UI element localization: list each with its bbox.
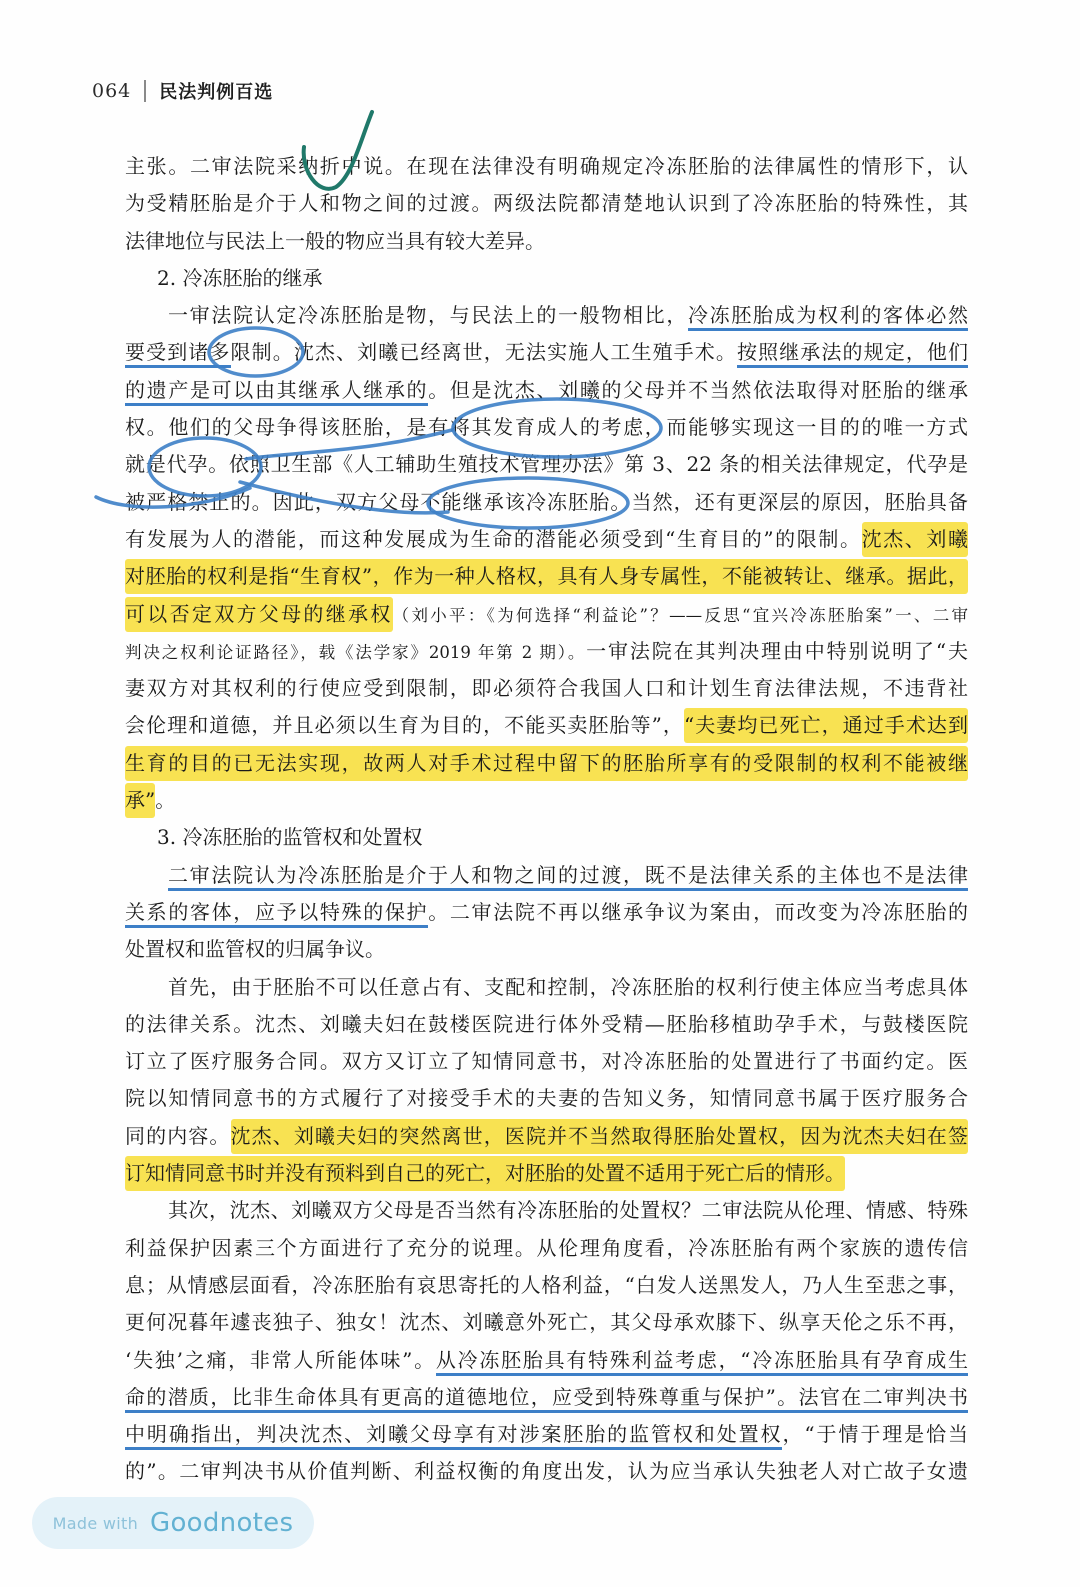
body-text: 权。他们的父母争得该胚胎，是有将其发育成人的考虑，而能够实现这一目的的唯一方式 — [125, 415, 968, 439]
book-title: 民法判例百选 — [159, 78, 273, 104]
page-number: 064 — [92, 80, 131, 102]
text-line: ‘失独’之痛，非常人所能体味”。从冷冻胚胎具有特殊利益考虑，“冷冻胚胎具有孕育成… — [125, 1342, 968, 1379]
body-text: 。 — [155, 788, 175, 812]
body-text: 。但是沈杰、刘曦的父母并不当然依法取得对胚胎的继承 — [428, 378, 968, 402]
underlined-text: 按照继承法的规定，他们 — [737, 340, 968, 368]
text-line: 会伦理和道德，并且必须以生育为目的，不能买卖胚胎等”，“夫妻均已死亡，通过手术达… — [125, 707, 968, 744]
body-text: 为受精胚胎是介于人和物之间的过渡。两级法院都清楚地认识到了冷冻胚胎的特殊性，其 — [125, 191, 968, 215]
text-line: 其次，沈杰、刘曦双方父母是否当然有冷冻胚胎的处置权？二审法院从伦理、情感、特殊 — [125, 1192, 968, 1229]
citation-text: 判决之权利论证路径》，载《法学家》2019 年第 2 期）。 — [125, 643, 586, 662]
body-text: 一审法院在其判决理由中特别说明了“夫 — [586, 639, 968, 663]
section-heading: 2. 冷冻胚胎的继承 — [125, 260, 968, 297]
book-page: 064 民法判例百选 主张。二审法院采纳折中说。在现在法律没有明确规定冷冻胚胎的… — [0, 0, 1080, 1587]
highlighted-text: 生育的目的已无法实现，故两人对手术过程中留下的胚胎所享有的受限制的权利不能被继 — [125, 746, 968, 781]
highlighted-text: 沈杰、刘曦 — [862, 522, 968, 557]
body-text: 处置权和监管权的归属争议。 — [125, 937, 385, 961]
body-text: 的法律关系。沈杰、刘曦夫妇在鼓楼医院进行体外受精—胚胎移植助孕手术，与鼓楼医院 — [125, 1012, 968, 1036]
body-text: 法律地位与民法上一般的物应当具有较大差异。 — [125, 229, 545, 253]
body-text: 。沈杰、刘曦已经离世，无法实施人工生殖手术。 — [273, 340, 737, 364]
highlighted-text: 订知情同意书时并没有预料到自己的死亡，对胚胎的处置不适用于死亡后的情形。 — [125, 1156, 845, 1191]
text-line: 关系的客体，应予以特殊的保护。二审法院不再以继承争议为案由，而改变为冷冻胚胎的 — [125, 894, 968, 931]
text-line: 被严格禁止的。因此，双方父母不能继承该冷冻胚胎。当然，还有更深层的原因，胚胎具备 — [125, 484, 968, 521]
highlighted-text: 可以否定双方父母的继承权 — [125, 597, 393, 632]
text-line: 的遗产是可以由其继承人继承的。但是沈杰、刘曦的父母并不当然依法取得对胚胎的继承 — [125, 372, 968, 409]
text-line: 二审法院认为冷冻胚胎是介于人和物之间的过渡，既不是法律关系的主体也不是法律 — [125, 857, 968, 894]
highlighted-text: 对胚胎的权利是指“生育权”，作为一种人格权，具有人身专属性，不能被转让、继承。据… — [125, 559, 968, 594]
underlined-text: 关系的客体，应予以特殊的保护 — [125, 900, 428, 928]
body-text: 2. 冷冻胚胎的继承 — [157, 266, 322, 290]
header-divider — [144, 80, 146, 102]
body-text: 其次，沈杰、刘曦双方父母是否当然有冷冻胚胎的处置权？二审法院从伦理、情感、特殊 — [168, 1198, 968, 1222]
body-text: 会伦理和道德，并且必须以生育为目的，不能买卖胚胎等”， — [125, 713, 684, 737]
underlined-text: 冷冻胚胎成为权利的客体必然 — [688, 303, 968, 331]
watermark-prefix: Made with — [53, 1514, 138, 1533]
underlined-text: 从冷冻胚胎具有特殊利益考虑，“冷冻胚胎具有孕育成生 — [436, 1348, 968, 1376]
body-text: ，“于情于理是恰当 — [782, 1422, 968, 1446]
text-line: 生育的目的已无法实现，故两人对手术过程中留下的胚胎所享有的受限制的权利不能被继 — [125, 745, 968, 782]
text-line: 的法律关系。沈杰、刘曦夫妇在鼓楼医院进行体外受精—胚胎移植助孕手术，与鼓楼医院 — [125, 1006, 968, 1043]
text-line: 对胚胎的权利是指“生育权”，作为一种人格权，具有人身专属性，不能被转让、继承。据… — [125, 558, 968, 595]
body-text: ‘失独’之痛，非常人所能体味”。 — [125, 1348, 436, 1372]
underlined-text: 命的潜质，比非生命体具有更高的道德地位，应受到特殊尊重与保护”。法官在二审判决书 — [125, 1385, 968, 1413]
body-text: 同的内容。 — [125, 1124, 231, 1148]
text-line: 处置权和监管权的归属争议。 — [125, 931, 968, 968]
body-text: 一审法院认定冷冻胚胎是物，与民法上的一般物相比， — [168, 303, 688, 327]
body-text: 利益保护因素三个方面进行了充分的说理。从伦理角度看，冷冻胚胎有两个家族的遗传信 — [125, 1236, 968, 1260]
body-text: 被严格禁止的。因此，双方父母不能继承该冷冻胚胎。当然，还有更深层的原因，胚胎具备 — [125, 490, 968, 514]
text-line: 利益保护因素三个方面进行了充分的说理。从伦理角度看，冷冻胚胎有两个家族的遗传信 — [125, 1230, 968, 1267]
underlined-text: 二审法院认为冷冻胚胎是介于人和物之间的过渡，既不是法律关系的主体也不是法律 — [168, 863, 968, 891]
body-text: 的”。二审判决书从价值判断、利益权衡的角度出发，认为应当承认失独老人对亡故子女遗 — [125, 1459, 968, 1483]
text-line: 为受精胚胎是介于人和物之间的过渡。两级法院都清楚地认识到了冷冻胚胎的特殊性，其 — [125, 185, 968, 222]
underlined-text: 中明确指出，判决沈杰、刘曦父母享有对涉案胚胎的监管权和处置权 — [125, 1422, 782, 1450]
body-text: 息；从情感层面看，冷冻胚胎有哀思寄托的人格利益，“白发人送黑发人，乃人生至悲之事… — [125, 1273, 968, 1297]
page-header: 064 民法判例百选 — [92, 78, 273, 104]
body-text: 3. 冷冻胚胎的监管权和处置权 — [157, 825, 422, 849]
section-heading: 3. 冷冻胚胎的监管权和处置权 — [125, 819, 968, 856]
underlined-text: 的遗产是可以由其继承人继承的 — [125, 378, 428, 406]
citation-text: （刘小平：《为何选择“利益论”？——反思“宜兴冷冻胚胎案”一、二审 — [393, 606, 968, 625]
text-line: 可以否定双方父母的继承权（刘小平：《为何选择“利益论”？——反思“宜兴冷冻胚胎案… — [125, 596, 968, 633]
body-text: 就是代孕。依照卫生部《人工辅助生殖技术管理办法》第 3、22 条的相关法律规定，… — [125, 452, 968, 476]
body-text: 。二审法院不再以继承争议为案由，而改变为冷冻胚胎的 — [428, 900, 968, 924]
text-line: 更何况暮年遽丧独子、独女！沈杰、刘曦意外死亡，其父母承欢膝下、纵享天伦之乐不再， — [125, 1304, 968, 1341]
body-text: 更何况暮年遽丧独子、独女！沈杰、刘曦意外死亡，其父母承欢膝下、纵享天伦之乐不再， — [125, 1310, 968, 1334]
text-line: 权。他们的父母争得该胚胎，是有将其发育成人的考虑，而能够实现这一目的的唯一方式 — [125, 409, 968, 446]
body-text: 订立了医疗服务合同。双方又订立了知情同意书，对冷冻胚胎的处置进行了书面约定。医 — [125, 1049, 968, 1073]
text-line: 中明确指出，判决沈杰、刘曦父母享有对涉案胚胎的监管权和处置权，“于情于理是恰当 — [125, 1416, 968, 1453]
text-line: 首先，由于胚胎不可以任意占有、支配和控制，冷冻胚胎的权利行使主体应当考虑具体 — [125, 969, 968, 1006]
text-line: 的”。二审判决书从价值判断、利益权衡的角度出发，认为应当承认失独老人对亡故子女遗 — [125, 1453, 968, 1490]
text-line: 订知情同意书时并没有预料到自己的死亡，对胚胎的处置不适用于死亡后的情形。 — [125, 1155, 968, 1192]
body-text: 妻双方对其权利的行使应受到限制，即必须符合我国人口和计划生育法律法规，不违背社 — [125, 676, 968, 700]
goodnotes-watermark: Made with Goodnotes — [32, 1497, 314, 1549]
body-text: 有发展为人的潜能，而这种发展成为生命的潜能必须受到“生育目的”的限制。 — [125, 527, 862, 551]
text-line: 就是代孕。依照卫生部《人工辅助生殖技术管理办法》第 3、22 条的相关法律规定，… — [125, 446, 968, 483]
text-line: 要受到诸多限制。沈杰、刘曦已经离世，无法实施人工生殖手术。按照继承法的规定，他们 — [125, 334, 968, 371]
text-line: 主张。二审法院采纳折中说。在现在法律没有明确规定冷冻胚胎的法律属性的情形下，认 — [125, 148, 968, 185]
text-line: 息；从情感层面看，冷冻胚胎有哀思寄托的人格利益，“白发人送黑发人，乃人生至悲之事… — [125, 1267, 968, 1304]
text-line: 订立了医疗服务合同。双方又订立了知情同意书，对冷冻胚胎的处置进行了书面约定。医 — [125, 1043, 968, 1080]
underlined-text: 要受到诸多 — [125, 340, 231, 368]
highlighted-text: 沈杰、刘曦夫妇的突然离世，医院并不当然取得胚胎处置权，因为沈杰夫妇在签 — [231, 1119, 968, 1154]
body-text: 院以知情同意书的方式履行了对接受手术的夫妻的告知义务，知情同意书属于医疗服务合 — [125, 1086, 968, 1110]
text-line: 同的内容。沈杰、刘曦夫妇的突然离世，医院并不当然取得胚胎处置权，因为沈杰夫妇在签 — [125, 1118, 968, 1155]
goodnotes-logo: Goodnotes — [150, 1508, 293, 1538]
text-line: 判决之权利论证路径》，载《法学家》2019 年第 2 期）。一审法院在其判决理由… — [125, 633, 968, 670]
body-text: 限制 — [231, 340, 273, 364]
body-text: 主张。二审法院采纳折中说。在现在法律没有明确规定冷冻胚胎的法律属性的情形下，认 — [125, 154, 968, 178]
body-text: 首先，由于胚胎不可以任意占有、支配和控制，冷冻胚胎的权利行使主体应当考虑具体 — [168, 975, 968, 999]
text-line: 法律地位与民法上一般的物应当具有较大差异。 — [125, 223, 968, 260]
page-text: 主张。二审法院采纳折中说。在现在法律没有明确规定冷冻胚胎的法律属性的情形下，认为… — [125, 148, 968, 1491]
highlighted-text: “夫妻均已死亡，通过手术达到 — [684, 708, 968, 743]
text-line: 有发展为人的潜能，而这种发展成为生命的潜能必须受到“生育目的”的限制。沈杰、刘曦 — [125, 521, 968, 558]
highlighted-text: 承” — [125, 783, 155, 818]
text-line: 承”。 — [125, 782, 968, 819]
text-line: 一审法院认定冷冻胚胎是物，与民法上的一般物相比，冷冻胚胎成为权利的客体必然 — [125, 297, 968, 334]
text-line: 妻双方对其权利的行使应受到限制，即必须符合我国人口和计划生育法律法规，不违背社 — [125, 670, 968, 707]
text-line: 命的潜质，比非生命体具有更高的道德地位，应受到特殊尊重与保护”。法官在二审判决书 — [125, 1379, 968, 1416]
text-line: 院以知情同意书的方式履行了对接受手术的夫妻的告知义务，知情同意书属于医疗服务合 — [125, 1080, 968, 1117]
